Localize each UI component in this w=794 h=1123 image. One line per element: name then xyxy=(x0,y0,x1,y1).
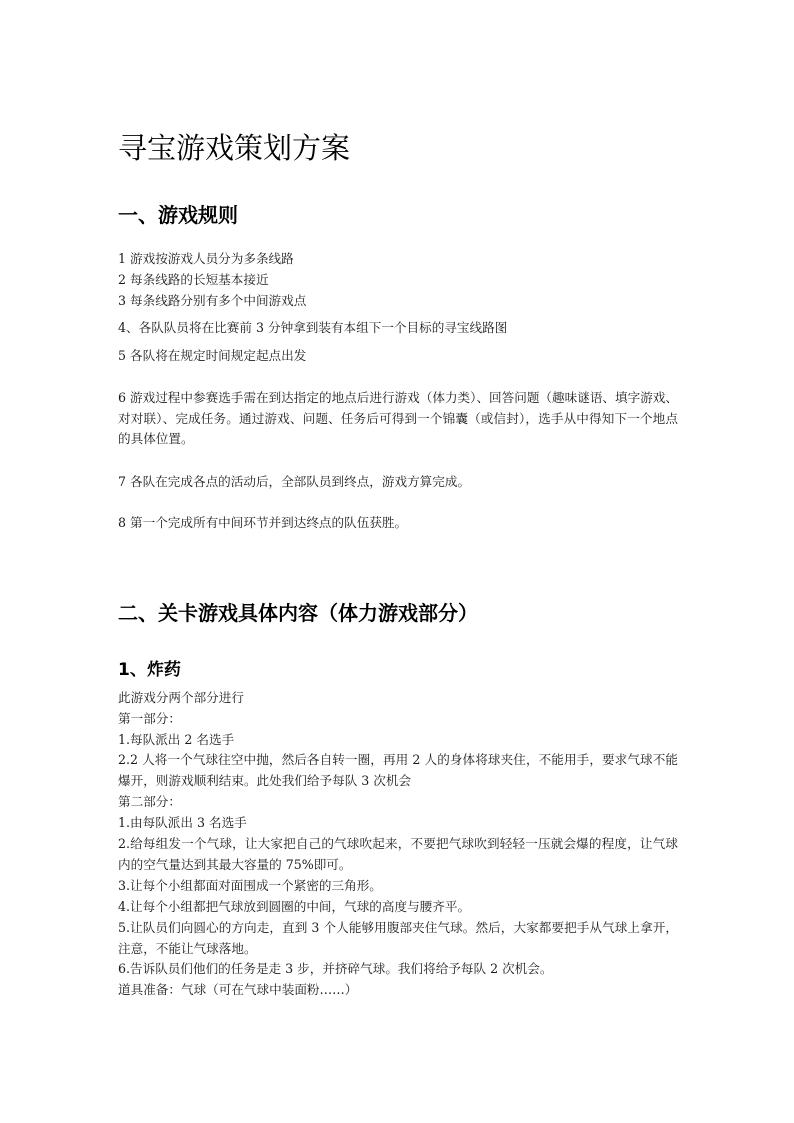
body-line: 4.让每个小组都把气球放到圆圈的中间，气球的高度与腰齐平。 xyxy=(118,897,470,918)
body-line: 第二部分： xyxy=(118,792,181,813)
body-line: 5.让队员们向圆心的方向走，直到 3 个人能够用腹部夹住气球。然后，大家都要把手… xyxy=(118,918,678,959)
subsection-heading-explosive: 1、炸药 xyxy=(118,655,181,680)
body-line: 第一部分： xyxy=(118,709,181,730)
body-line: 2.给每组发一个气球，让大家把自己的气球吹起来，不要把气球吹到轻轻一压就会爆的程… xyxy=(118,834,678,875)
body-line: 此游戏分两个部分进行 xyxy=(118,688,244,709)
section-heading-levels: 二、关卡游戏具体内容（体力游戏部分） xyxy=(118,597,478,626)
rule-item: 3 每条线路分别有多个中间游戏点 xyxy=(118,291,306,312)
rule-item: 6 游戏过程中参赛选手需在到达指定的地点后进行游戏（体力类）、回答问题（趣味谜语… xyxy=(118,388,678,450)
rule-item: 5 各队将在规定时间规定起点出发 xyxy=(118,346,306,367)
rule-item: 7 各队在完成各点的活动后，全部队员到终点，游戏方算完成。 xyxy=(118,472,470,493)
body-line: 3.让每个小组都面对面围成一个紧密的三角形。 xyxy=(118,876,382,897)
document-title: 寻宝游戏策划方案 xyxy=(118,126,350,167)
body-line: 1.由每队派出 3 名选手 xyxy=(118,813,247,834)
rule-item: 1 游戏按游戏人员分为多条线路 xyxy=(118,249,294,270)
rule-item: 8 第一个完成所有中间环节并到达终点的队伍获胜。 xyxy=(118,513,407,534)
body-line: 1.每队派出 2 名选手 xyxy=(118,730,234,751)
rule-item: 4、各队队员将在比赛前 3 分钟拿到装有本组下一个目标的寻宝线路图 xyxy=(118,318,507,339)
body-line: 2.2 人将一个气球往空中抛，然后各自转一圈，再用 2 人的身体将球夹住，不能用… xyxy=(118,750,678,791)
body-line: 道具准备：气球（可在气球中装面粉……） xyxy=(118,980,357,1001)
rule-item: 2 每条线路的长短基本接近 xyxy=(118,270,269,291)
body-line: 6.告诉队员们他们的任务是走 3 步，并挤碎气球。我们将给予每队 2 次机会。 xyxy=(118,959,552,980)
section-heading-rules: 一、游戏规则 xyxy=(118,199,238,228)
